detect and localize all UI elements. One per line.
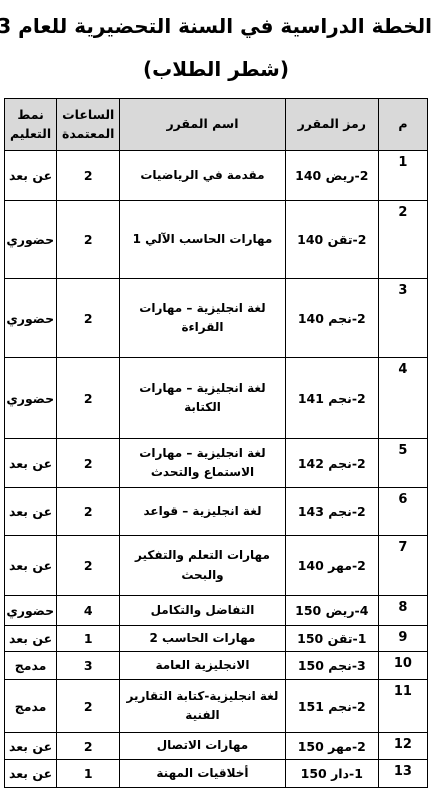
course-table-body: 1 140 ريض‎-2 مقدمة في الرياضيات 2 عن بعد…	[5, 151, 428, 788]
page-title: الخطة الدراسية في السنة التحضيرية للعام …	[0, 8, 432, 44]
cell-course-name: لغة انجليزية – قواعد	[120, 488, 285, 536]
cell-serial-number: 10	[378, 652, 427, 680]
cell-education-mode: عن بعد	[5, 439, 57, 488]
page-subtitle: (شطر الطلاب)	[0, 52, 432, 86]
cell-education-mode: عن بعد	[5, 733, 57, 760]
table-row: 7 140 مهر‎-2 مهارات التعلم والتفكير والب…	[5, 536, 428, 596]
cell-serial-number: 6	[378, 488, 427, 536]
cell-credit-hours: 2	[57, 680, 120, 733]
cell-education-mode: مدمج	[5, 652, 57, 680]
cell-serial-number: 8	[378, 596, 427, 626]
cell-credit-hours: 1	[57, 760, 120, 788]
cell-credit-hours: 1	[57, 626, 120, 652]
cell-course-name: مهارات التعلم والتفكير والبحث	[120, 536, 285, 596]
table-row: 8 150 ريض‎-4 التفاضل والتكامل 4 حضوري	[5, 596, 428, 626]
cell-credit-hours: 2	[57, 151, 120, 201]
cell-credit-hours: 2	[57, 536, 120, 596]
cell-credit-hours: 2	[57, 358, 120, 439]
cell-course-name: لغة انجليزية – مهارات الاستماع والتحدث	[120, 439, 285, 488]
table-row: 10 150 نجم‎-3 الانجليزية العامة 3 مدمج	[5, 652, 428, 680]
cell-course-code: 141 نجم‎-2	[285, 358, 378, 439]
table-row: 13 150 دار‎-1 أخلاقيات المهنة 1 عن بعد	[5, 760, 428, 788]
cell-course-name: مقدمة في الرياضيات	[120, 151, 285, 201]
cell-education-mode: حضوري	[5, 201, 57, 279]
cell-education-mode: عن بعد	[5, 626, 57, 652]
cell-serial-number: 13	[378, 760, 427, 788]
cell-serial-number: 5	[378, 439, 427, 488]
cell-serial-number: 11	[378, 680, 427, 733]
table-row: 3 140 نجم‎-2 لغة انجليزية – مهارات القرا…	[5, 279, 428, 358]
cell-course-name: أخلاقيات المهنة	[120, 760, 285, 788]
cell-course-name: الانجليزية العامة	[120, 652, 285, 680]
cell-education-mode: حضوري	[5, 596, 57, 626]
cell-course-name: لغة انجليزية-كتابة التقارير الفنية	[120, 680, 285, 733]
cell-course-code: 142 نجم‎-2	[285, 439, 378, 488]
cell-course-code: 151 نجم‎-2	[285, 680, 378, 733]
header-row: م رمز المقرر اسم المقرر الساعات المعتمدة…	[5, 99, 428, 151]
cell-education-mode: مدمج	[5, 680, 57, 733]
cell-credit-hours: 2	[57, 439, 120, 488]
table-row: 2 140 تقن‎-2 مهارات الحاسب الآلي 1 2 حضو…	[5, 201, 428, 279]
cell-course-name: مهارات الحاسب الآلي 1	[120, 201, 285, 279]
cell-serial-number: 9	[378, 626, 427, 652]
header-course-code: رمز المقرر	[285, 99, 378, 151]
cell-course-code: 143 نجم‎-2	[285, 488, 378, 536]
cell-course-name: مهارات الاتصال	[120, 733, 285, 760]
cell-credit-hours: 2	[57, 733, 120, 760]
cell-serial-number: 4	[378, 358, 427, 439]
cell-serial-number: 12	[378, 733, 427, 760]
course-table: م رمز المقرر اسم المقرر الساعات المعتمدة…	[4, 98, 428, 788]
cell-course-name: لغة انجليزية – مهارات الكتابة	[120, 358, 285, 439]
cell-education-mode: عن بعد	[5, 536, 57, 596]
cell-serial-number: 1	[378, 151, 427, 201]
header-credit-hours: الساعات المعتمدة	[57, 99, 120, 151]
cell-credit-hours: 2	[57, 201, 120, 279]
cell-course-name: لغة انجليزية – مهارات القراءة	[120, 279, 285, 358]
table-row: 1 140 ريض‎-2 مقدمة في الرياضيات 2 عن بعد	[5, 151, 428, 201]
cell-serial-number: 7	[378, 536, 427, 596]
cell-credit-hours: 2	[57, 488, 120, 536]
cell-education-mode: عن بعد	[5, 488, 57, 536]
header-serial-number: م	[378, 99, 427, 151]
header-education-mode: نمط التعليم	[5, 99, 57, 151]
cell-education-mode: عن بعد	[5, 151, 57, 201]
cell-course-code: 140 نجم‎-2	[285, 279, 378, 358]
cell-course-code: 140 تقن‎-2	[285, 201, 378, 279]
cell-credit-hours: 4	[57, 596, 120, 626]
table-row: 12 150 مهر‎-2 مهارات الاتصال 2 عن بعد	[5, 733, 428, 760]
course-table-header: م رمز المقرر اسم المقرر الساعات المعتمدة…	[5, 99, 428, 151]
table-row: 4 141 نجم‎-2 لغة انجليزية – مهارات الكتا…	[5, 358, 428, 439]
cell-course-code: 140 مهر‎-2	[285, 536, 378, 596]
cell-course-code: 150 ريض‎-4	[285, 596, 378, 626]
cell-course-code: 150 دار‎-1	[285, 760, 378, 788]
cell-credit-hours: 3	[57, 652, 120, 680]
table-row: 11 151 نجم‎-2 لغة انجليزية-كتابة التقاري…	[5, 680, 428, 733]
cell-credit-hours: 2	[57, 279, 120, 358]
table-row: 5 142 نجم‎-2 لغة انجليزية – مهارات الاست…	[5, 439, 428, 488]
cell-course-code: 140 ريض‎-2	[285, 151, 378, 201]
cell-education-mode: حضوري	[5, 358, 57, 439]
header-course-name: اسم المقرر	[120, 99, 285, 151]
table-row: 9 150 تقن‎-1 مهارات الحاسب 2 1 عن بعد	[5, 626, 428, 652]
cell-course-name: مهارات الحاسب 2	[120, 626, 285, 652]
cell-serial-number: 2	[378, 201, 427, 279]
cell-course-code: 150 نجم‎-3	[285, 652, 378, 680]
cell-education-mode: حضوري	[5, 279, 57, 358]
cell-education-mode: عن بعد	[5, 760, 57, 788]
cell-course-code: 150 مهر‎-2	[285, 733, 378, 760]
cell-serial-number: 3	[378, 279, 427, 358]
cell-course-name: التفاضل والتكامل	[120, 596, 285, 626]
cell-course-code: 150 تقن‎-1	[285, 626, 378, 652]
table-row: 6 143 نجم‎-2 لغة انجليزية – قواعد 2 عن ب…	[5, 488, 428, 536]
document-page: الخطة الدراسية في السنة التحضيرية للعام …	[0, 8, 432, 788]
